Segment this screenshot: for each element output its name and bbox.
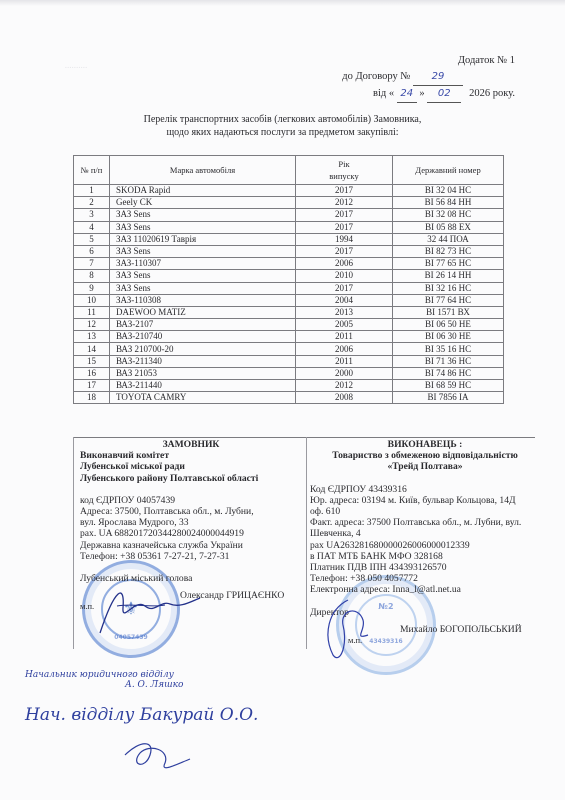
cell-make: ВАЗ 210700-20 bbox=[110, 343, 296, 355]
header-year-line-1: Рік bbox=[300, 158, 388, 170]
cell-make: TOYOTA CAMRY bbox=[110, 392, 296, 404]
cell-num: 16 bbox=[74, 367, 110, 379]
cell-make: ВАЗ-210740 bbox=[110, 331, 296, 343]
customer-edrpou: код ЄДРПОУ 04057439 bbox=[80, 495, 302, 506]
cell-year: 2017 bbox=[296, 221, 393, 233]
cell-year: 2011 bbox=[296, 331, 393, 343]
cell-plate: ВІ 71 36 НС bbox=[393, 355, 504, 367]
handwritten-note-1: Начальник юридичного відділу А. О. Ляшко bbox=[25, 670, 183, 690]
cell-num: 1 bbox=[74, 185, 110, 197]
bleed-through-text: .......... bbox=[65, 60, 88, 70]
cell-year: 2017 bbox=[296, 245, 393, 257]
vehicles-table: № п/п Марка автомобіля Рік випуску Держа… bbox=[73, 155, 504, 404]
signature-block-left-border bbox=[73, 437, 74, 649]
cell-num: 12 bbox=[74, 319, 110, 331]
table-row: 7 ЗАЗ-110307 2006 ВІ 77 65 НС bbox=[74, 258, 504, 270]
cell-year: 2004 bbox=[296, 294, 393, 306]
table-row: 13 ВАЗ-210740 2011 ВІ 06 30 НЕ bbox=[74, 331, 504, 343]
table-row: 8 ЗАЗ Sens 2010 ВІ 26 14 НН bbox=[74, 270, 504, 282]
cell-make: SKODA Rapid bbox=[110, 185, 296, 197]
contract-prefix: до Договору № bbox=[342, 71, 410, 82]
cell-plate: ВІ 32 16 НС bbox=[393, 282, 504, 294]
cell-plate: ВІ 56 84 НН bbox=[393, 197, 504, 209]
table-row: 17 ВАЗ-211440 2012 ВІ 68 59 НС bbox=[74, 380, 504, 392]
vehicle-rows: 1 SKODA Rapid 2017 ВІ 32 04 НС 2 Geely C… bbox=[74, 185, 504, 404]
customer-signature bbox=[95, 578, 205, 638]
cell-make: ВАЗ-211440 bbox=[110, 380, 296, 392]
table-row: 1 SKODA Rapid 2017 ВІ 32 04 НС bbox=[74, 185, 504, 197]
cell-plate: ВІ 74 86 НС bbox=[393, 367, 504, 379]
cell-plate: 32 44 ПОА bbox=[393, 233, 504, 245]
cell-plate: ВІ 32 08 НС bbox=[393, 209, 504, 221]
contractor-signature bbox=[318, 595, 378, 665]
heading-line-1: Перелік транспортних засобів (легкових а… bbox=[0, 113, 565, 126]
contract-number-blank: 29 bbox=[413, 69, 463, 86]
date-month: 02 bbox=[438, 88, 451, 99]
cell-plate: ВІ 77 64 НС bbox=[393, 294, 504, 306]
signature-block-divider bbox=[306, 437, 307, 649]
date-mid: » bbox=[419, 88, 424, 99]
contractor-actual-address-line-1: Факт. адреса: 37500 Полтавська обл., м. … bbox=[310, 517, 540, 528]
cell-make: ЗАЗ 11020619 Таврія bbox=[110, 233, 296, 245]
header-year-line-2: випуску bbox=[300, 170, 388, 182]
table-row: 18 TOYOTA CAMRY 2008 ВІ 7856 ІА bbox=[74, 392, 504, 404]
table-row: 16 ВАЗ 21053 2000 ВІ 74 86 НС bbox=[74, 367, 504, 379]
document-heading: Перелік транспортних засобів (легкових а… bbox=[0, 113, 565, 139]
cell-make: ВАЗ-211340 bbox=[110, 355, 296, 367]
addendum-header: Додаток № 1 до Договору № 29 від « 24 » … bbox=[315, 53, 515, 103]
contractor-org-line-1: Товариство з обмеженою відповідальністю bbox=[310, 450, 540, 461]
cell-num: 2 bbox=[74, 197, 110, 209]
cell-plate: ВІ 35 16 НС bbox=[393, 343, 504, 355]
cell-make: ЗАЗ Sens bbox=[110, 209, 296, 221]
table-row: 10 ЗАЗ-110308 2004 ВІ 77 64 НС bbox=[74, 294, 504, 306]
cell-make: DAEWOO MATIZ bbox=[110, 306, 296, 318]
customer-account: рах. UA 688201720344280024000044919 bbox=[80, 528, 302, 539]
contractor-email: Електронна адреса: Inna_l@atl.net.ua bbox=[310, 584, 540, 595]
cell-plate: ВІ 32 04 НС bbox=[393, 185, 504, 197]
note-1-line-1: Начальник юридичного відділу bbox=[25, 670, 183, 680]
customer-bank: Державна казначейська служба України bbox=[80, 540, 302, 551]
contractor-vat: Платник ПДВ ІПН 434393126570 bbox=[310, 562, 540, 573]
cell-num: 11 bbox=[74, 306, 110, 318]
cell-year: 2017 bbox=[296, 209, 393, 221]
contractor-signer-name: Михайло БОГОПОЛЬСЬКИЙ bbox=[400, 624, 522, 635]
contractor-org-line-2: «Трейд Полтава» bbox=[310, 461, 540, 472]
cell-plate: ВІ 82 73 НС bbox=[393, 245, 504, 257]
contractor-edrpou: Код ЄДРПОУ 43439316 bbox=[310, 484, 540, 495]
cell-year: 2005 bbox=[296, 319, 393, 331]
contractor-role: ВИКОНАВЕЦЬ : bbox=[310, 439, 540, 450]
cell-num: 15 bbox=[74, 355, 110, 367]
cell-year: 2017 bbox=[296, 185, 393, 197]
cell-num: 3 bbox=[74, 209, 110, 221]
table-row: 12 ВАЗ-2107 2005 ВІ 06 50 НЕ bbox=[74, 319, 504, 331]
cell-make: ЗАЗ-110308 bbox=[110, 294, 296, 306]
cell-plate: ВІ 1571 ВХ bbox=[393, 306, 504, 318]
cell-num: 13 bbox=[74, 331, 110, 343]
table-row: 4 ЗАЗ Sens 2017 ВІ 05 88 ЕХ bbox=[74, 221, 504, 233]
contractor-account: рах UA263281680000026006000012339 bbox=[310, 540, 540, 551]
cell-plate: ВІ 7856 ІА bbox=[393, 392, 504, 404]
contractor-bank: в ПАТ МТБ БАНК МФО 328168 bbox=[310, 551, 540, 562]
table-row: 15 ВАЗ-211340 2011 ВІ 71 36 НС bbox=[74, 355, 504, 367]
cell-year: 2006 bbox=[296, 258, 393, 270]
date-day: 24 bbox=[400, 88, 413, 99]
header-plate: Державний номер bbox=[393, 156, 504, 185]
cell-num: 17 bbox=[74, 380, 110, 392]
cell-year: 2006 bbox=[296, 343, 393, 355]
cell-num: 10 bbox=[74, 294, 110, 306]
cell-make: ЗАЗ Sens bbox=[110, 221, 296, 233]
cell-num: 9 bbox=[74, 282, 110, 294]
header-year: Рік випуску bbox=[296, 156, 393, 185]
contract-date: від « 24 » 02 2026 року. bbox=[315, 86, 515, 103]
date-prefix: від « bbox=[373, 88, 394, 99]
cell-plate: ВІ 06 30 НЕ bbox=[393, 331, 504, 343]
header-num: № п/п bbox=[74, 156, 110, 185]
table-row: 2 Geely CK 2012 ВІ 56 84 НН bbox=[74, 197, 504, 209]
cell-num: 6 bbox=[74, 245, 110, 257]
cell-num: 4 bbox=[74, 221, 110, 233]
cell-make: ЗАЗ Sens bbox=[110, 270, 296, 282]
handwritten-note-2: Нач. відділу Бакурай О.О. bbox=[25, 705, 258, 725]
addendum-title: Додаток № 1 bbox=[315, 53, 515, 69]
table-row: 6 ЗАЗ Sens 2017 ВІ 82 73 НС bbox=[74, 245, 504, 257]
date-month-blank: 02 bbox=[427, 86, 461, 103]
customer-role: ЗАМОВНИК bbox=[80, 439, 302, 450]
cell-year: 2012 bbox=[296, 197, 393, 209]
cell-plate: ВІ 77 65 НС bbox=[393, 258, 504, 270]
cell-plate: ВІ 68 59 НС bbox=[393, 380, 504, 392]
cell-make: ЗАЗ Sens bbox=[110, 282, 296, 294]
cell-make: Geely CK bbox=[110, 197, 296, 209]
note-1-line-2: А. О. Ляшко bbox=[25, 680, 183, 690]
cell-num: 5 bbox=[74, 233, 110, 245]
cell-num: 18 bbox=[74, 392, 110, 404]
contractor-legal-address-line-2: оф. 610 bbox=[310, 506, 540, 517]
cell-num: 14 bbox=[74, 343, 110, 355]
table-row: 9 ЗАЗ Sens 2017 ВІ 32 16 НС bbox=[74, 282, 504, 294]
contract-number: 29 bbox=[432, 71, 445, 82]
page-top-edge bbox=[0, 0, 565, 6]
signature-block-top-border bbox=[73, 437, 535, 438]
cell-num: 8 bbox=[74, 270, 110, 282]
customer-address-line-1: Адреса: 37500, Полтавська обл., м. Лубни… bbox=[80, 506, 302, 517]
date-day-blank: 24 bbox=[397, 86, 417, 103]
cell-year: 1994 bbox=[296, 233, 393, 245]
cell-make: ВАЗ-2107 bbox=[110, 319, 296, 331]
customer-org-line-1: Виконавчий комітет bbox=[80, 450, 302, 461]
cell-year: 2011 bbox=[296, 355, 393, 367]
table-row: 11 DAEWOO MATIZ 2013 ВІ 1571 ВХ bbox=[74, 306, 504, 318]
contract-reference: до Договору № 29 bbox=[315, 69, 515, 86]
cell-num: 7 bbox=[74, 258, 110, 270]
customer-org-line-3: Лубенського району Полтавської області bbox=[80, 473, 302, 484]
customer-org-line-2: Лубенської міської ради bbox=[80, 461, 302, 472]
contractor-actual-address-line-2: Шевченка, 4 bbox=[310, 528, 540, 539]
cell-year: 2000 bbox=[296, 367, 393, 379]
table-row: 3 ЗАЗ Sens 2017 ВІ 32 08 НС bbox=[74, 209, 504, 221]
cell-year: 2017 bbox=[296, 282, 393, 294]
contractor-legal-address-line-1: Юр. адреса: 03194 м. Київ, бульвар Кольц… bbox=[310, 495, 540, 506]
contractor-phone: Телефон: +38 050 4057772 bbox=[310, 573, 540, 584]
cell-year: 2008 bbox=[296, 392, 393, 404]
heading-line-2: щодо яких надаються послуги за предметом… bbox=[0, 126, 565, 139]
cell-year: 2012 bbox=[296, 380, 393, 392]
customer-address-line-2: вул. Ярослава Мудрого, 33 bbox=[80, 517, 302, 528]
header-make: Марка автомобіля bbox=[110, 156, 296, 185]
cell-make: ЗАЗ Sens bbox=[110, 245, 296, 257]
cell-year: 2013 bbox=[296, 306, 393, 318]
cell-make: ВАЗ 21053 bbox=[110, 367, 296, 379]
customer-phone: Телефон: +38 05361 7-27-21, 7-27-31 bbox=[80, 551, 302, 562]
table-row: 5 ЗАЗ 11020619 Таврія 1994 32 44 ПОА bbox=[74, 233, 504, 245]
cell-plate: ВІ 06 50 НЕ bbox=[393, 319, 504, 331]
date-suffix: 2026 року. bbox=[469, 88, 515, 99]
table-row: 14 ВАЗ 210700-20 2006 ВІ 35 16 НС bbox=[74, 343, 504, 355]
table-header-row: № п/п Марка автомобіля Рік випуску Держа… bbox=[74, 156, 504, 185]
cell-year: 2010 bbox=[296, 270, 393, 282]
cell-plate: ВІ 05 88 ЕХ bbox=[393, 221, 504, 233]
cell-make: ЗАЗ-110307 bbox=[110, 258, 296, 270]
cell-plate: ВІ 26 14 НН bbox=[393, 270, 504, 282]
handwritten-signature bbox=[115, 735, 195, 775]
